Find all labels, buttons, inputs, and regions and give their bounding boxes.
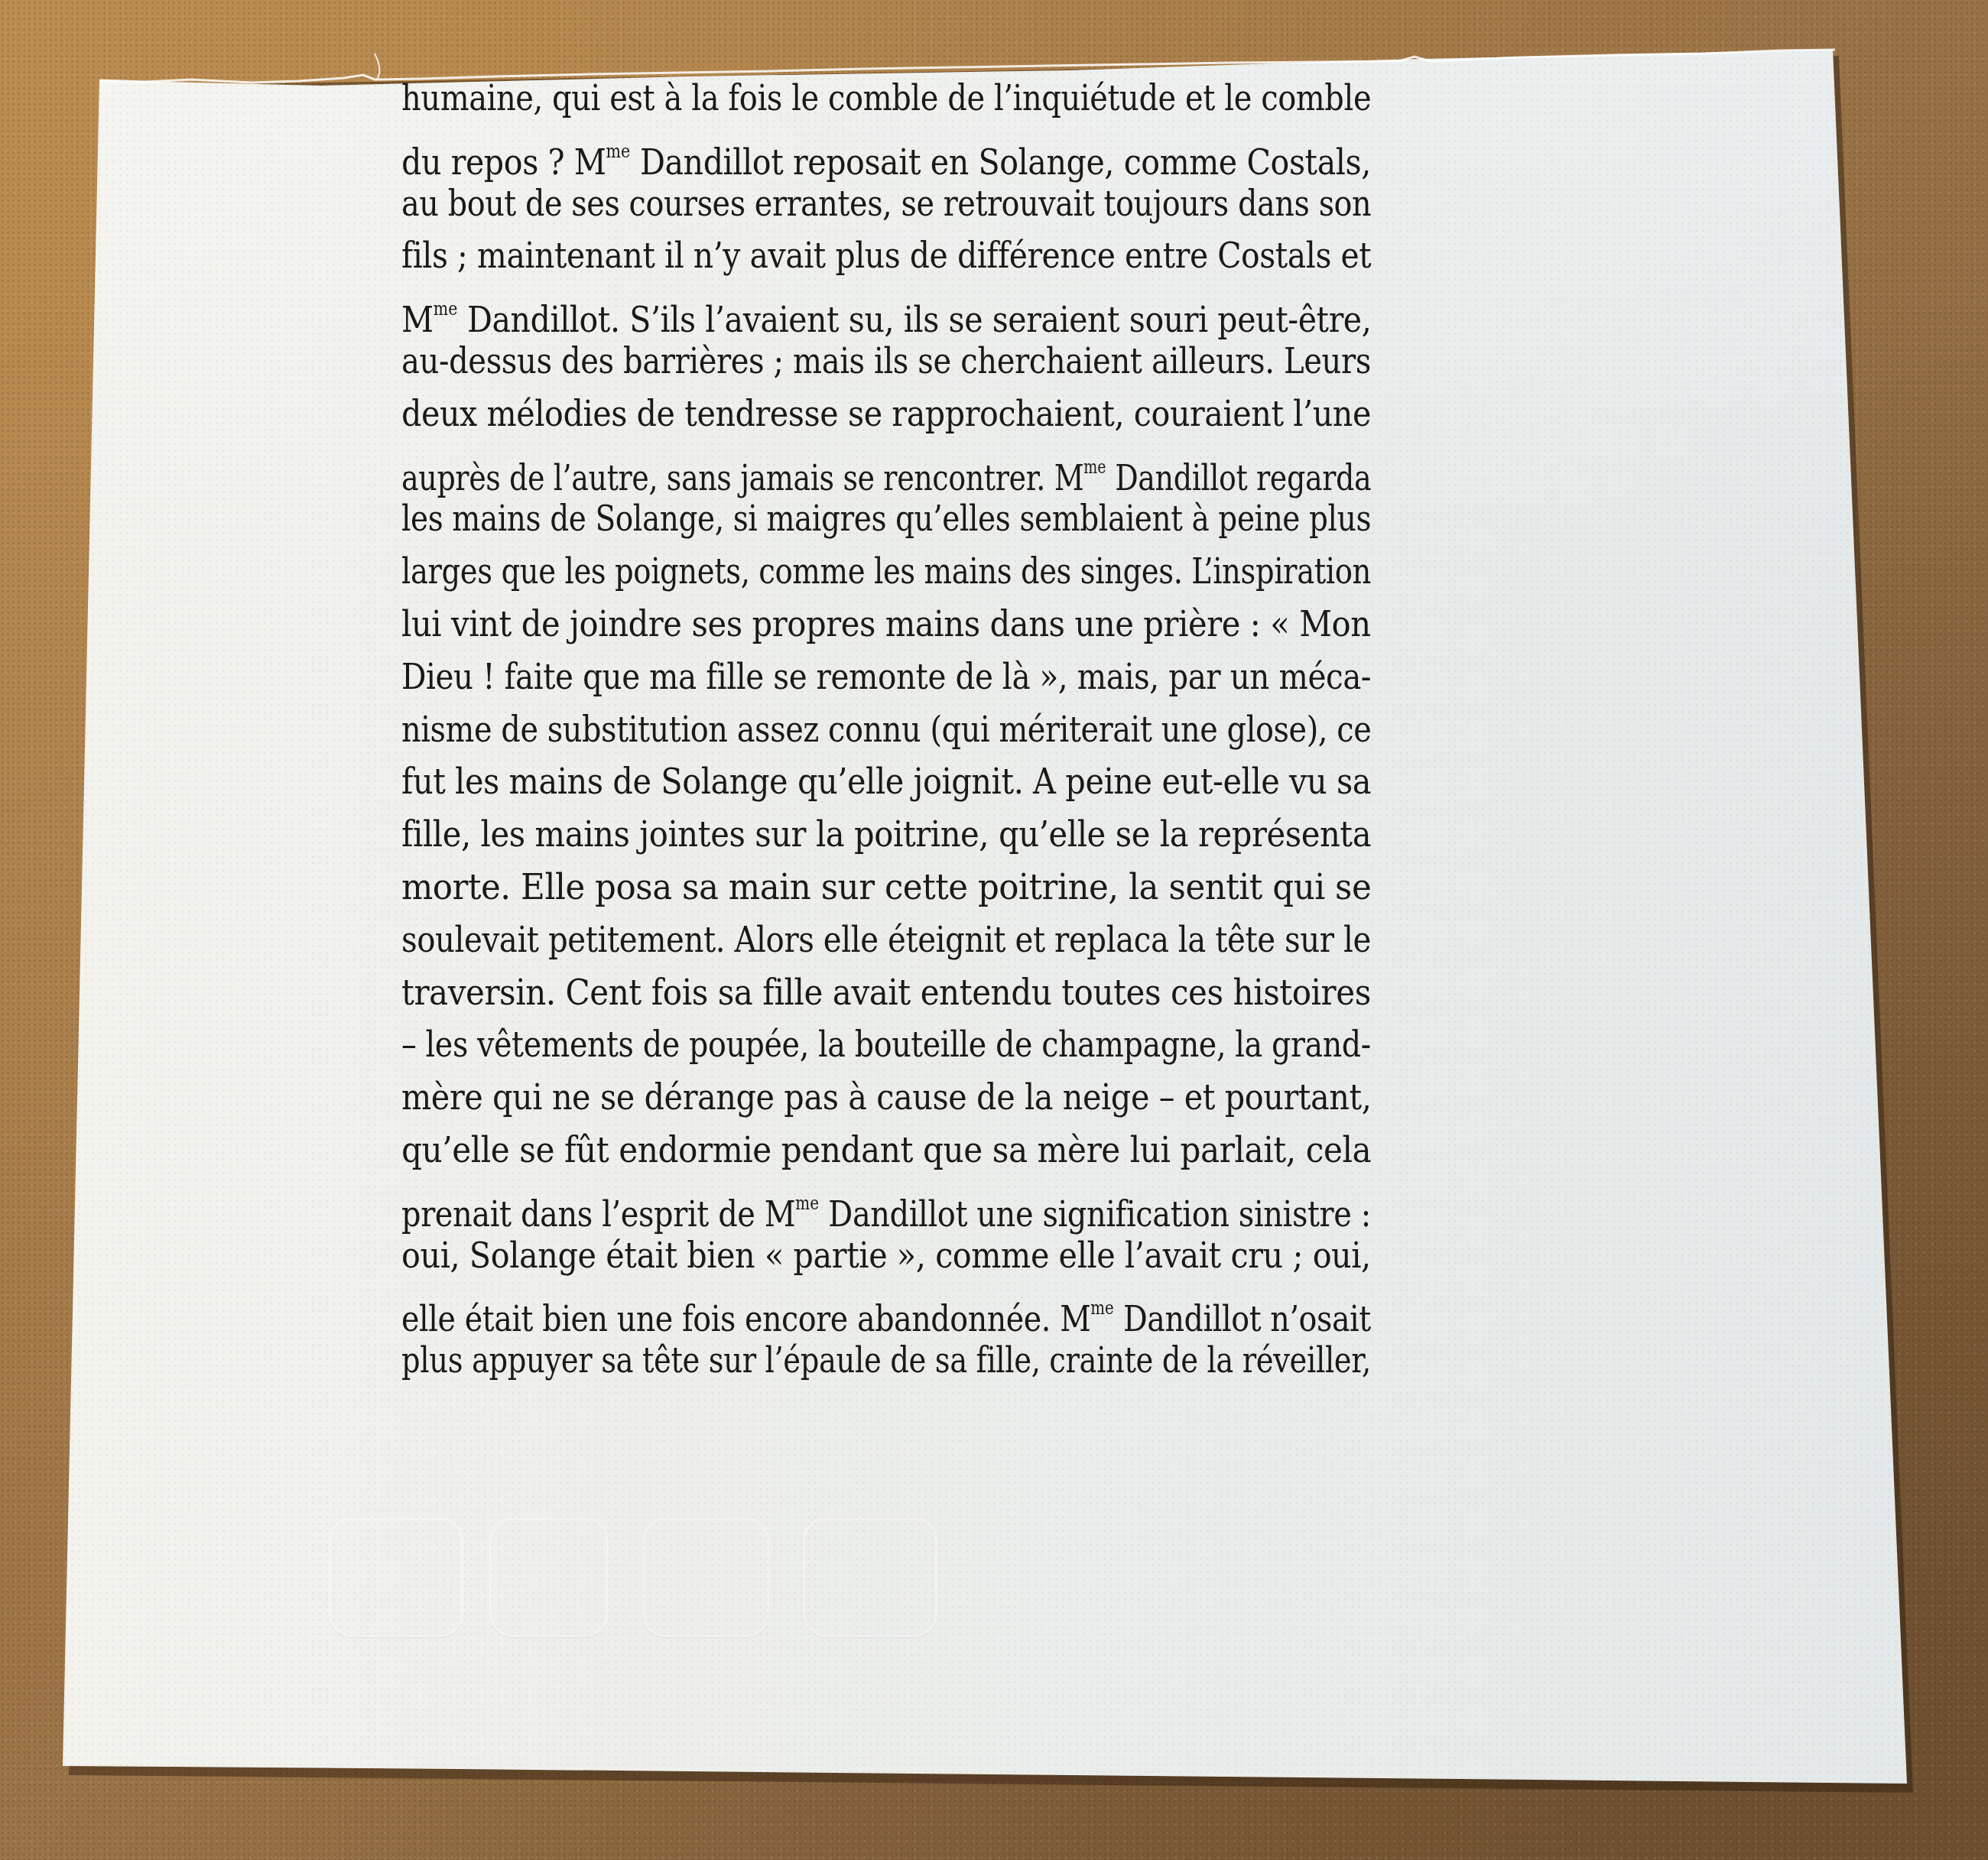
text-segment: mère qui ne se dérange pas à cause de la… [401,1076,1371,1118]
text-segment: oui, Solange était bien « partie », comm… [401,1235,1371,1277]
text-segment: plus appuyer sa tête sur l’épaule de sa … [401,1339,1371,1381]
text-line: fut les mains de Solange qu’elle joignit… [401,756,1371,809]
text-segment: fille, les mains jointes sur la poitrine… [401,813,1371,855]
text-line: au-dessus des barrières ; mais ils se ch… [401,336,1371,388]
text-line: larges que les poignets, comme les mains… [401,546,1371,599]
text-line: nisme de substitution assez connu (qui m… [401,704,1371,757]
text-line: soulevait petitement. Alors elle éteigni… [401,914,1371,967]
text-segment: au-dessus des barrières ; mais ils se ch… [401,340,1371,382]
text-line: fille, les mains jointes sur la poitrine… [401,809,1371,862]
text-segment: humaine, qui est à la fois le comble de … [401,77,1371,119]
text-line: qu’elle se fût endormie pendant que sa m… [401,1125,1371,1177]
text-line: lui vint de joindre ses propres mains da… [401,599,1371,651]
text-segment: fils ; maintenant il n’y avait plus de d… [401,235,1371,277]
text-segment: deux mélodies de tendresse se rapprochai… [401,393,1371,435]
text-line: prenait dans l’esprit de Mme Dandillot u… [401,1177,1371,1230]
superscript-abbreviation: me [795,1193,819,1214]
text-line: morte. Elle posa sa main sur cette poitr… [401,862,1371,914]
text-line: deux mélodies de tendresse se rapprochai… [401,388,1371,441]
text-segment: – les vêtements de poupée, la bouteille … [401,1024,1371,1066]
body-text: humaine, qui est à la fois le comble de … [401,73,1371,1388]
text-line: Dieu ! faite que ma fille se remonte de … [401,651,1371,704]
text-segment: traversin. Cent fois sa fille avait ente… [401,972,1371,1014]
text-line: auprès de l’autre, sans jamais se rencon… [401,441,1371,494]
superscript-abbreviation: me [1090,1297,1114,1319]
text-segment: nisme de substitution assez connu (qui m… [401,709,1371,751]
text-line: humaine, qui est à la fois le comble de … [401,73,1371,125]
blind-emboss-mark [329,1518,463,1637]
blind-emboss-mark [642,1518,769,1637]
text-line: – les vêtements de poupée, la bouteille … [401,1019,1371,1072]
text-segment: les mains de Solange, si maigres qu’elle… [401,498,1371,540]
superscript-abbreviation: me [606,141,631,162]
text-segment: soulevait petitement. Alors elle éteigni… [401,919,1371,961]
text-line: mère qui ne se dérange pas à cause de la… [401,1072,1371,1125]
text-segment: larges que les poignets, comme les mains… [401,550,1371,592]
text-segment: Dieu ! faite que ma fille se remonte de … [401,656,1371,698]
superscript-abbreviation: me [1083,456,1106,478]
text-segment: fut les mains de Solange qu’elle joignit… [401,761,1371,803]
text-line: Mme Dandillot. S’ils l’avaient su, ils s… [401,283,1371,336]
blind-emboss-mark [803,1518,937,1637]
text-segment: lui vint de joindre ses propres mains da… [401,603,1371,645]
text-line: au bout de ses courses errantes, se retr… [401,178,1371,231]
blind-emboss-mark [489,1518,609,1637]
text-line: oui, Solange était bien « partie », comm… [401,1230,1371,1283]
text-line: plus appuyer sa tête sur l’épaule de sa … [401,1335,1371,1388]
text-segment: au bout de ses courses errantes, se retr… [401,183,1371,225]
text-line: elle était bien une fois encore abandonn… [401,1282,1371,1335]
text-segment: qu’elle se fût endormie pendant que sa m… [401,1129,1371,1171]
text-line: les mains de Solange, si maigres qu’elle… [401,493,1371,546]
text-line: fils ; maintenant il n’y avait plus de d… [401,230,1371,283]
text-line: du repos ? Mme Dandillot reposait en Sol… [401,125,1371,178]
superscript-abbreviation: me [434,298,458,320]
text-segment: morte. Elle posa sa main sur cette poitr… [401,866,1371,908]
text-line: traversin. Cent fois sa fille avait ente… [401,967,1371,1020]
